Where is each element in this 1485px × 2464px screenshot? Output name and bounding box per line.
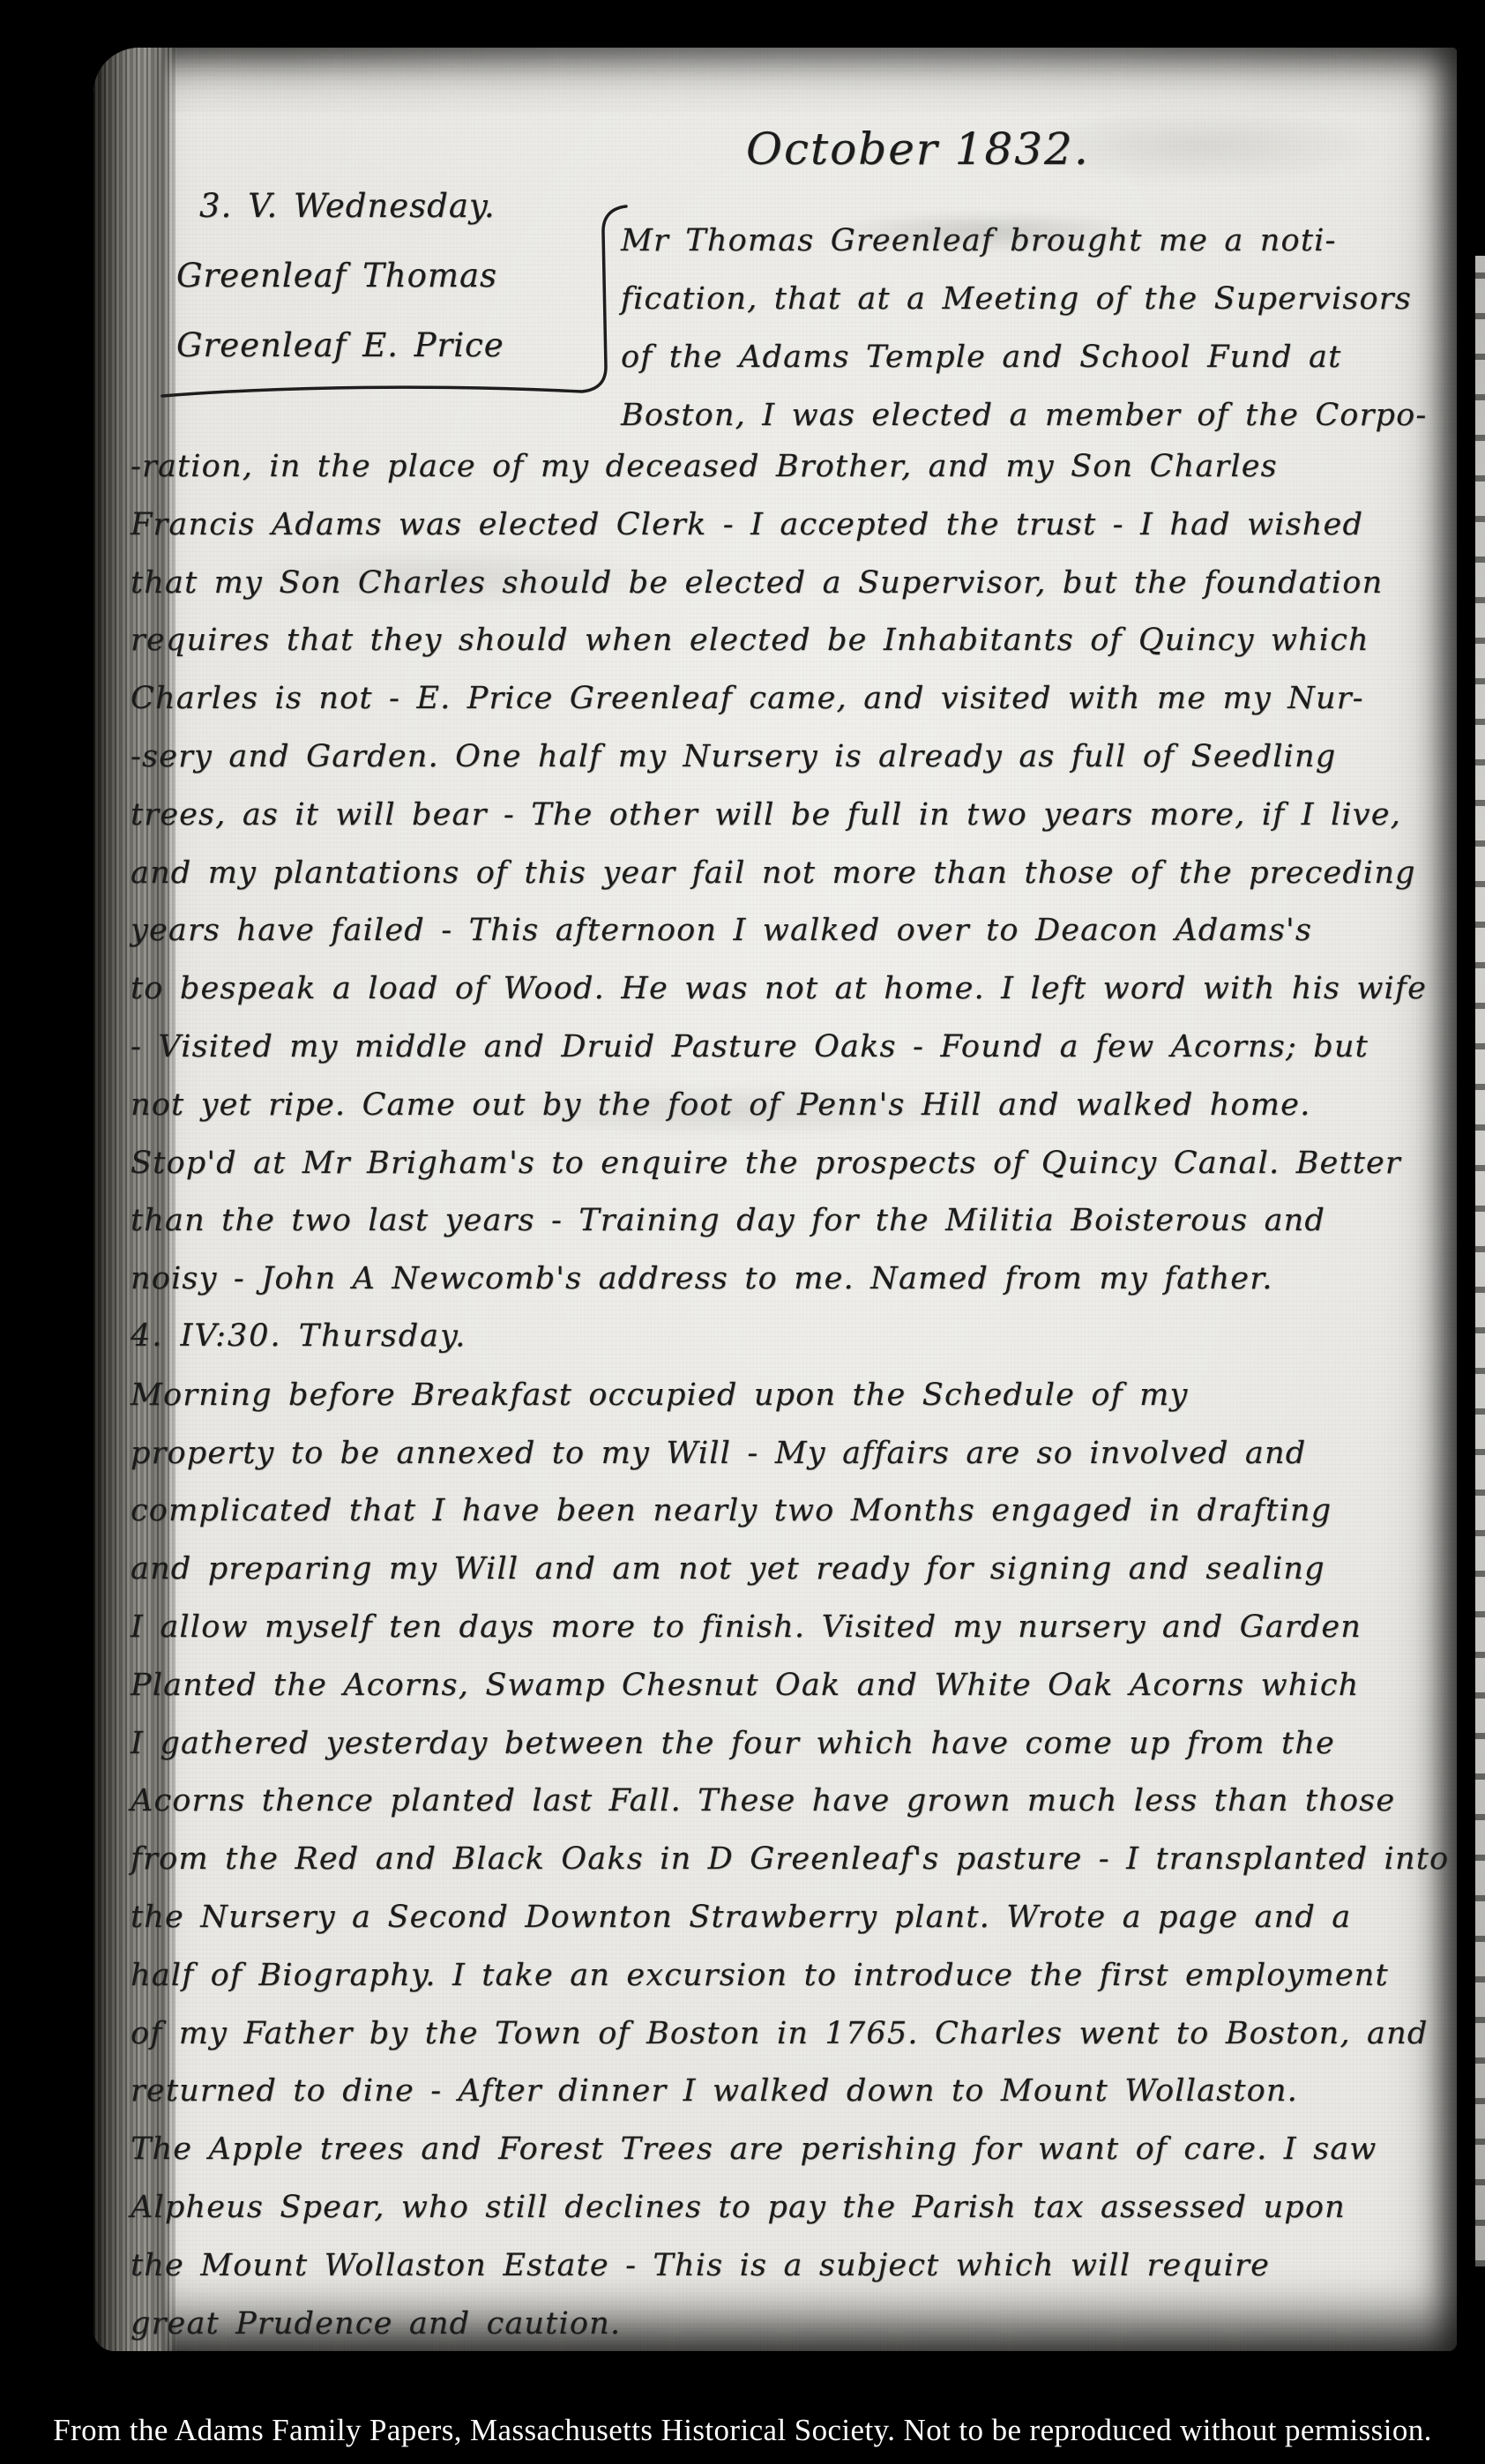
- manuscript-line: Planted the Acorns, Swamp Chesnut Oak an…: [131, 1657, 1449, 1715]
- margin-bracket: [150, 199, 644, 420]
- manuscript-line: I gathered yesterday between the four wh…: [131, 1715, 1449, 1773]
- manuscript-line: Mr Thomas Greenleaf brought me a noti-: [621, 212, 1427, 270]
- manuscript-line: -sery and Garden. One half my Nursery is…: [131, 728, 1449, 787]
- manuscript-line: returned to dine - After dinner I walked…: [131, 2063, 1449, 2121]
- manuscript-line: of my Father by the Town of Boston in 17…: [131, 2005, 1449, 2064]
- scan-background: { "document": { "kind": "handwritten dia…: [0, 0, 1485, 2464]
- manuscript-line: Acorns thence planted last Fall. These h…: [131, 1773, 1449, 1831]
- footer-credit: From the Adams Family Papers, Massachuse…: [0, 2413, 1485, 2448]
- manuscript-line: great Prudence and caution.: [131, 2296, 1449, 2354]
- entry-thursday-heading: 4. IV:30. Thursday.: [131, 1308, 1449, 1368]
- manuscript-line: to bespeak a load of Wood. He was not at…: [131, 960, 1449, 1019]
- manuscript-line: Morning before Breakfast occupied upon t…: [131, 1367, 1449, 1425]
- manuscript-line: requires that they should when elected b…: [131, 612, 1449, 670]
- manuscript-line: and preparing my Will and am not yet rea…: [131, 1541, 1449, 1599]
- manuscript-line: fication, that at a Meeting of the Super…: [621, 270, 1427, 328]
- manuscript-line: I allow myself ten days more to finish. …: [131, 1599, 1449, 1657]
- manuscript-line: the Nursery a Second Downton Strawberry …: [131, 1889, 1449, 1947]
- manuscript-line: complicated that I have been nearly two …: [131, 1482, 1449, 1541]
- entry-opening-paragraph: Mr Thomas Greenleaf brought me a noti-fi…: [621, 212, 1427, 444]
- manuscript-line: years have failed - This afternoon I wal…: [131, 902, 1449, 960]
- manuscript-line: Charles is not - E. Price Greenleaf came…: [131, 670, 1449, 728]
- manuscript-line: not yet ripe. Came out by the foot of Pe…: [131, 1077, 1449, 1135]
- manuscript-line: Alpheus Spear, who still declines to pay…: [131, 2179, 1449, 2237]
- page-date-heading: October 1832.: [746, 123, 1090, 175]
- manuscript-line: Boston, I was elected a member of the Co…: [621, 386, 1427, 444]
- manuscript-line: property to be annexed to my Will - My a…: [131, 1425, 1449, 1483]
- manuscript-line: Stop'd at Mr Brigham's to enquire the pr…: [131, 1135, 1449, 1193]
- manuscript-line: The Apple trees and Forest Trees are per…: [131, 2121, 1449, 2179]
- manuscript-line: the Mount Wollaston Estate - This is a s…: [131, 2237, 1449, 2296]
- manuscript-line: - Visited my middle and Druid Pasture Oa…: [131, 1019, 1449, 1077]
- manuscript-line: noisy - John A Newcomb's address to me. …: [131, 1251, 1449, 1309]
- manuscript-line: than the two last years - Training day f…: [131, 1192, 1449, 1251]
- manuscript-line: from the Red and Black Oaks in D Greenle…: [131, 1831, 1449, 1889]
- manuscript-line: that my Son Charles should be elected a …: [131, 555, 1449, 613]
- manuscript-line: trees, as it will bear - The other will …: [131, 787, 1449, 845]
- manuscript-line: -ration, in the place of my deceased Bro…: [131, 438, 1449, 497]
- manuscript-line: and my plantations of this year fail not…: [131, 845, 1449, 903]
- manuscript-line: half of Biography. I take an excursion t…: [131, 1947, 1449, 2005]
- manuscript-line: Francis Adams was elected Clerk - I acce…: [131, 497, 1449, 555]
- facing-page-edge: [1475, 256, 1485, 2266]
- manuscript-body: -ration, in the place of my deceased Bro…: [131, 438, 1449, 2353]
- manuscript-line: of the Adams Temple and School Fund at: [621, 328, 1427, 386]
